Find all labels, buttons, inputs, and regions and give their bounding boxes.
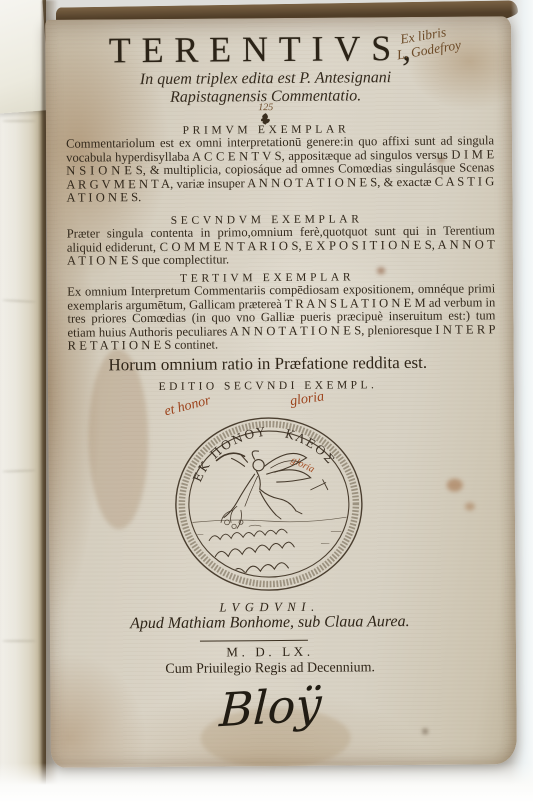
imprint-rule (200, 640, 308, 642)
title-page: TERENTIVS, Ex libris L. Godefroy In quem… (45, 16, 517, 768)
imprint-publisher: Apud Mathiam Bonhome, sub Claua Aurea. (50, 612, 490, 633)
vellum-crease (2, 299, 36, 303)
section-body-tertium: Ex omnium Interpretum Commentariis compē… (67, 282, 496, 353)
vellum-crease (2, 640, 36, 642)
motto-gloss-right: gloria (289, 389, 325, 410)
ratio-line: Horum omnium ratio in Præfatione reddita… (48, 352, 488, 375)
winged-victory-emblem: ΕΚ ΠΟΝΟΥ ΚΛΕΟΣ gloria (170, 413, 367, 597)
edition-line: EDITIO SECVNDI EXEMPL. (48, 378, 488, 393)
printers-device: ΕΚ ΠΟΝΟΥ ΚΛΕΟΣ gloria (170, 413, 367, 597)
vellum-crease (2, 120, 36, 122)
photo-antique-book-title-page: TERENTIVS, Ex libris L. Godefroy In quem… (0, 0, 533, 803)
section-body-secundum: Præter singula contenta in primo,omnium … (67, 224, 495, 268)
stain (88, 349, 149, 529)
speck (423, 729, 428, 734)
stain (465, 502, 475, 510)
emblem-engraving (188, 450, 351, 589)
backdrop (0, 763, 533, 803)
book-vellum-cover-edge (0, 0, 46, 803)
owner-signature: Bloÿ (110, 670, 432, 744)
vellum-crease (2, 469, 36, 472)
stain (447, 479, 463, 492)
section-body-primum: Commentariolum est ex omni interpretatio… (66, 134, 495, 205)
